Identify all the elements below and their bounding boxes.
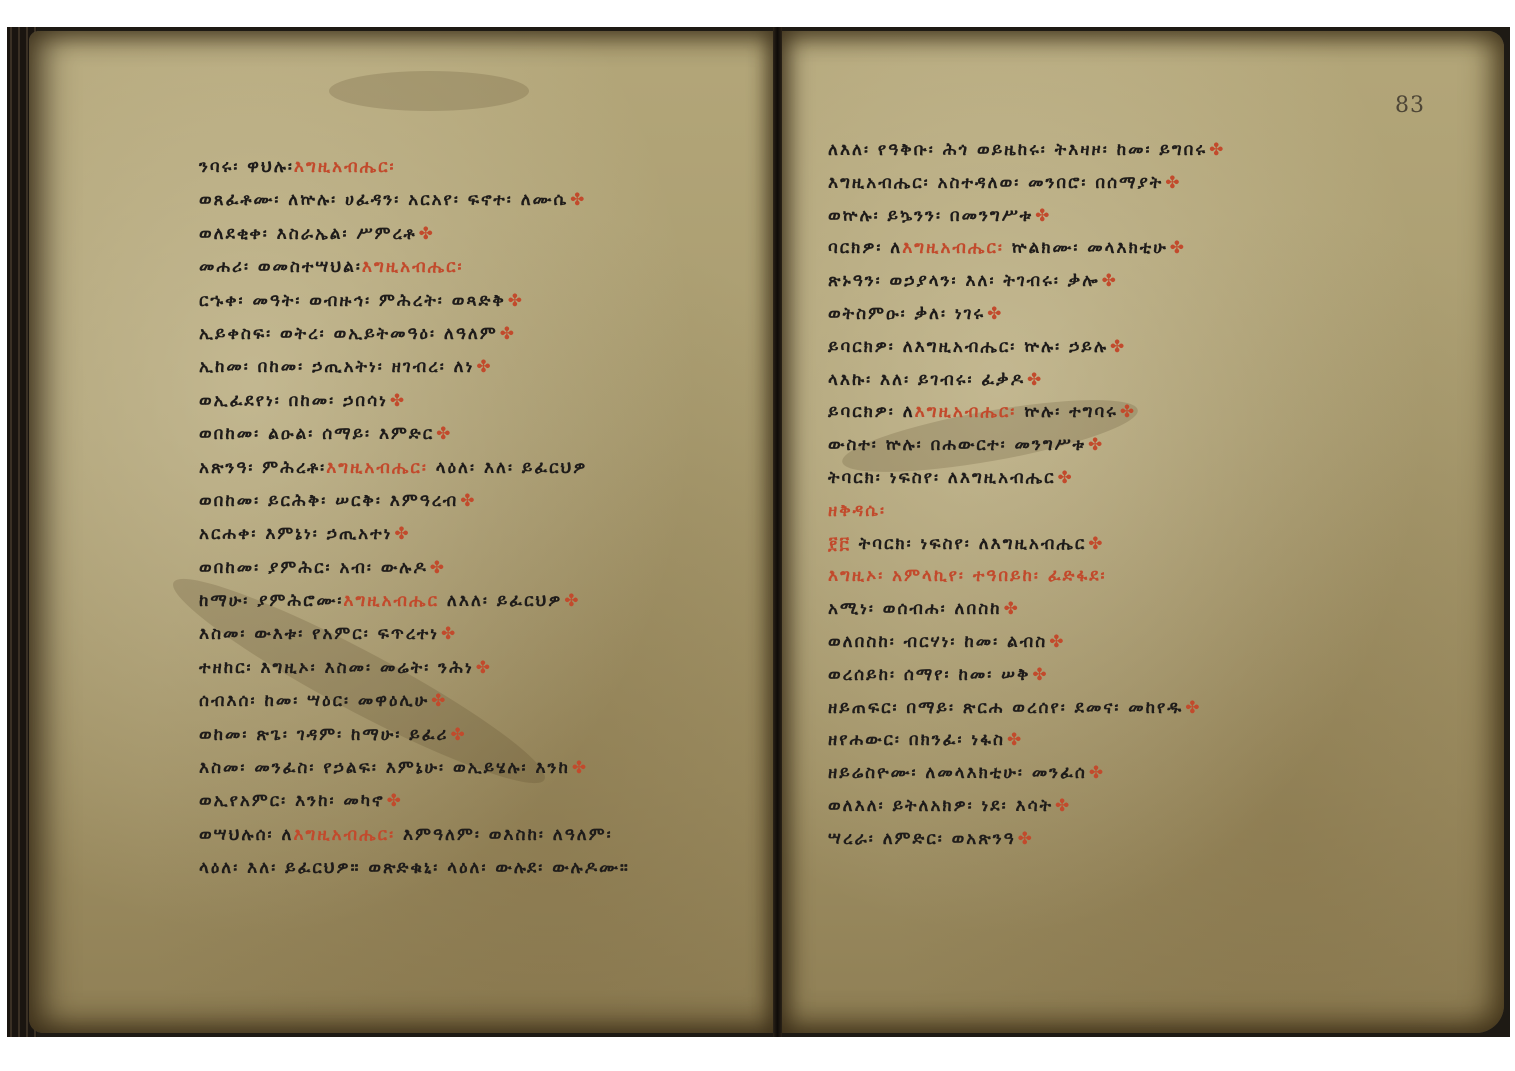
body-text: ላዕለ፡ እለ፡ ይፈርህዎ። ወጽድቁኒ፡ ላዕለ፡ ውሉደ፡ ውሉዶሙ።	[199, 858, 630, 878]
manuscript-line: ወበከመ፡ ያምሕር፡ አብ፡ ውሉዶ✤	[199, 552, 630, 585]
manuscript-line: ወለደቂቀ፡ እስራኤል፡ ሥምረቶ✤	[199, 218, 630, 251]
body-text: ወለደቂቀ፡ እስራኤል፡ ሥምረቶ	[199, 224, 417, 244]
rubric-text: እግዚአብሔር፡	[294, 157, 396, 177]
body-text: ሰብእሰ፡ ከመ፡ ሣዕር፡ መዋዕሊሁ	[199, 691, 429, 711]
body-text: ላእኩ፡ እለ፡ ይገብሩ፡ ፈቃዶ	[828, 370, 1025, 390]
body-text: ትባርክ፡ ነፍስየ፡ ለእግዚአብሔር	[859, 534, 1087, 554]
verse-divider-icon: ✤	[564, 591, 580, 611]
manuscript-line: መሐሪ፡ ወመስተሣህል፡እግዚአብሔር፡	[199, 251, 630, 284]
verse-divider-icon: ✤	[476, 658, 492, 678]
manuscript-line: እግዚአብሔር፡ አስተዳለወ፡ መንበሮ፡ በሰማያት✤	[828, 167, 1225, 200]
verse-divider-icon: ✤	[450, 725, 466, 745]
rubric-text: እግዚአብሔር	[343, 591, 439, 611]
verse-divider-icon: ✤	[1120, 402, 1136, 422]
manuscript-line: ወኵሉ፡ ይኴንን፡ በመንግሥቱ✤	[828, 200, 1225, 233]
manuscript-line: ዘቅዳሴ፡	[828, 495, 1225, 528]
verse-divider-icon: ✤	[1027, 370, 1043, 390]
manuscript-line: አርሐቀ፡ እምኔነ፡ ኃጢአተነ✤	[199, 518, 630, 551]
manuscript-line: ወኢየአምር፡ እንከ፡ መካኖ✤	[199, 785, 630, 818]
body-text: ለእለ፡ ይፈርህዎ	[439, 591, 562, 611]
left-page: ንባሩ፡ ዋህሉ፡እግዚአብሔር፡ወጸፈቶሙ፡ ለኵሉ፡ ሀፈዳን፡ አርአየ፡…	[29, 31, 774, 1033]
body-text: ወለእለ፡ ይትለአክዎ፡ ነደ፡ እሳት	[828, 796, 1053, 816]
body-text: ወበከመ፡ ልዑል፡ ሰማይ፡ እምድር	[199, 424, 434, 444]
body-text: ወሣህሉሰ፡ ለ	[199, 825, 293, 845]
body-text: ውስተ፡ ኵሉ፡ በሐውርተ፡ መንግሥቱ	[828, 435, 1086, 455]
body-text: ይባርክዎ፡ ለእግዚአብሔር፡ ኵሉ፡ ኃይሉ	[828, 337, 1108, 357]
body-text: እምዓለም፡ ወእስከ፡ ለዓለም፡	[395, 825, 613, 845]
gutter	[773, 27, 782, 1037]
verse-divider-icon: ✤	[500, 324, 516, 344]
rubric-text: እግዚአብሔር፡	[915, 402, 1017, 422]
body-text: ዘየሐውር፡ በክንፈ፡ ነፋስ	[828, 730, 1005, 750]
manuscript-line: እግዚኦ፡ አምላኪየ፡ ተዓበይከ፡ ፈድፋደ፡	[828, 560, 1225, 593]
rubric-text: እግዚአብሔር፡	[293, 825, 395, 845]
verse-divider-icon: ✤	[1032, 665, 1048, 685]
manuscript-line: ርኁቀ፡ መዓት፡ ወብዙኅ፡ ምሕረት፡ ወጻድቅ✤	[199, 285, 630, 318]
verse-divider-icon: ✤	[1209, 140, 1225, 160]
verse-divider-icon: ✤	[1058, 468, 1074, 488]
verse-divider-icon: ✤	[441, 624, 457, 644]
manuscript-line: ሰብእሰ፡ ከመ፡ ሣዕር፡ መዋዕሊሁ✤	[199, 685, 630, 718]
body-text: ባርክዎ፡ ለ	[828, 238, 902, 258]
body-text: ትባርክ፡ ነፍስየ፡ ለእግዚአብሔር	[828, 468, 1056, 488]
rubric-text: እግዚኦ፡ አምላኪየ፡ ተዓበይከ፡ ፈድፋደ፡	[828, 566, 1107, 586]
verse-divider-icon: ✤	[1102, 271, 1118, 291]
body-text: መሐሪ፡ ወመስተሣህል፡	[199, 257, 362, 277]
manuscript-line: ወትስምዑ፡ ቃለ፡ ነገሩ✤	[828, 298, 1225, 331]
body-text: ዘይጠፍር፡ በማይ፡ ጽርሐ ወረሰየ፡ ደመና፡ መከየዱ	[828, 698, 1183, 718]
verse-divider-icon: ✤	[1110, 337, 1126, 357]
verse-divider-icon: ✤	[1049, 632, 1065, 652]
body-text: ወኵሉ፡ ይኴንን፡ በመንግሥቱ	[828, 206, 1033, 226]
manuscript-line: ወለእለ፡ ይትለአክዎ፡ ነደ፡ እሳት✤	[828, 790, 1225, 823]
body-text: ወረሰይከ፡ ሰማየ፡ ከመ፡ ሠቅ	[828, 665, 1030, 685]
verse-divider-icon: ✤	[1035, 206, 1051, 226]
verse-divider-icon: ✤	[1018, 829, 1034, 849]
right-page: 83 ለእለ፡ የዓቅቡ፡ ሕጎ ወይዜከሩ፡ ትእዛዞ፡ ከመ፡ ይግበሩ✤እ…	[780, 31, 1504, 1033]
manuscript-line: ወለበስከ፡ ብርሃነ፡ ከመ፡ ልብስ✤	[828, 626, 1225, 659]
body-text: አርሐቀ፡ እምኔነ፡ ኃጢአተነ	[199, 524, 392, 544]
manuscript-line: ሣረራ፡ ለምድር፡ ወአጽንዓ✤	[828, 823, 1225, 856]
body-text: አጽንዓ፡ ምሕረቶ፡	[199, 458, 326, 478]
verse-divider-icon: ✤	[387, 791, 403, 811]
manuscript-line: ይባርክዎ፡ ለእግዚአብሔር፡ ኵሉ፡ ኃይሉ✤	[828, 331, 1225, 364]
manuscript-line: ወከመ፡ ጽጌ፡ ገዳም፡ ከማሁ፡ ይፈሪ✤	[199, 719, 630, 752]
body-text: ኢከመ፡ በከመ፡ ኃጢአትነ፡ ዘገብረ፡ ለነ	[199, 357, 474, 377]
body-text: ለእለ፡ የዓቅቡ፡ ሕጎ ወይዜከሩ፡ ትእዛዞ፡ ከመ፡ ይግበሩ	[828, 140, 1207, 160]
verse-divider-icon: ✤	[476, 357, 492, 377]
manuscript-line: ዘይጠፍር፡ በማይ፡ ጽርሐ ወረሰየ፡ ደመና፡ መከየዱ✤	[828, 692, 1225, 725]
manuscript-line: ተዘከር፡ እግዚኦ፡ እስመ፡ መሬት፡ ንሕነ✤	[199, 652, 630, 685]
manuscript-line: ኢይቀስፍ፡ ወትረ፡ ወኢይትመዓዕ፡ ለዓለም✤	[199, 318, 630, 351]
verse-divider-icon: ✤	[394, 524, 410, 544]
manuscript-line: ላእኩ፡ እለ፡ ይገብሩ፡ ፈቃዶ✤	[828, 364, 1225, 397]
manuscript-line: ወበከመ፡ ልዑል፡ ሰማይ፡ እምድር✤	[199, 418, 630, 451]
body-text: ወለበስከ፡ ብርሃነ፡ ከመ፡ ልብስ	[828, 632, 1047, 652]
manuscript-line: እስመ፡ ውእቱ፡ የአምር፡ ፍጥረተነ✤	[199, 618, 630, 651]
body-text: ንባሩ፡ ዋህሉ፡	[199, 157, 294, 177]
body-text: ወትስምዑ፡ ቃለ፡ ነገሩ	[828, 304, 985, 324]
stain	[329, 71, 529, 111]
verse-divider-icon: ✤	[431, 691, 447, 711]
body-text: ወበከመ፡ ይርሕቅ፡ ሠርቅ፡ እምዓረብ	[199, 491, 458, 511]
right-text-column: ለእለ፡ የዓቅቡ፡ ሕጎ ወይዜከሩ፡ ትእዛዞ፡ ከመ፡ ይግበሩ✤እግዚአ…	[828, 134, 1225, 856]
manuscript-line: ባርክዎ፡ ለእግዚአብሔር፡ ኵልክሙ፡ መላእክቲሁ✤	[828, 232, 1225, 265]
manuscript-line: ዘየሐውር፡ በክንፈ፡ ነፋስ✤	[828, 724, 1225, 757]
manuscript-line: ዘይሬስዮሙ፡ ለመላእክቲሁ፡ መንፈሰ✤	[828, 757, 1225, 790]
manuscript-line: ወበከመ፡ ይርሕቅ፡ ሠርቅ፡ እምዓረብ✤	[199, 485, 630, 518]
manuscript-line: ትባርክ፡ ነፍስየ፡ ለእግዚአብሔር✤	[828, 462, 1225, 495]
body-text: ወኢየአምር፡ እንከ፡ መካኖ	[199, 791, 385, 811]
body-text: ሣረራ፡ ለምድር፡ ወአጽንዓ	[828, 829, 1016, 849]
manuscript-line: ወረሰይከ፡ ሰማየ፡ ከመ፡ ሠቅ✤	[828, 659, 1225, 692]
rubric-text: እግዚአብሔር፡	[326, 458, 428, 478]
verse-divider-icon: ✤	[1088, 534, 1104, 554]
verse-divider-icon: ✤	[1007, 730, 1023, 750]
verse-divider-icon: ✤	[390, 391, 406, 411]
body-text: ኵልክሙ፡ መላእክቲሁ	[1004, 238, 1168, 258]
rubric-text: ዘቅዳሴ፡	[828, 501, 886, 521]
verse-divider-icon: ✤	[1185, 698, 1201, 718]
body-text: አሚነ፡ ወሰብሐ፡ ለበስከ	[828, 599, 1002, 619]
verse-divider-icon: ✤	[1165, 173, 1181, 193]
verse-divider-icon: ✤	[436, 424, 452, 444]
body-text: ጽኑዓን፡ ወኃያላን፡ እለ፡ ትገብሩ፡ ቃሎ	[828, 271, 1100, 291]
verse-divider-icon: ✤	[987, 304, 1003, 324]
body-text: ወበከመ፡ ያምሕር፡ አብ፡ ውሉዶ	[199, 558, 428, 578]
manuscript-line: ወኢፈደየነ፡ በከመ፡ ኃበሳነ✤	[199, 385, 630, 418]
verse-divider-icon: ✤	[419, 224, 435, 244]
rubric-text: ፻፫	[828, 534, 859, 554]
body-text: እግዚአብሔር፡ አስተዳለወ፡ መንበሮ፡ በሰማያት	[828, 173, 1163, 193]
verse-divider-icon: ✤	[570, 190, 586, 210]
body-text: ወከመ፡ ጽጌ፡ ገዳም፡ ከማሁ፡ ይፈሪ	[199, 725, 448, 745]
body-text: ዘይሬስዮሙ፡ ለመላእክቲሁ፡ መንፈሰ	[828, 763, 1087, 783]
verse-divider-icon: ✤	[1055, 796, 1071, 816]
body-text: ኵሉ፡ ተግባሩ	[1016, 402, 1118, 422]
verse-divider-icon: ✤	[508, 291, 524, 311]
left-text-column: ንባሩ፡ ዋህሉ፡እግዚአብሔር፡ወጸፈቶሙ፡ ለኵሉ፡ ሀፈዳን፡ አርአየ፡…	[199, 151, 630, 886]
rubric-text: እግዚአብሔር፡	[902, 238, 1004, 258]
manuscript-line: ንባሩ፡ ዋህሉ፡እግዚአብሔር፡	[199, 151, 630, 184]
body-text: ከማሁ፡ ያምሕሮሙ፡	[199, 591, 343, 611]
manuscript-line: አጽንዓ፡ ምሕረቶ፡እግዚአብሔር፡ ላዕለ፡ እለ፡ ይፈርህዎ	[199, 452, 630, 485]
body-text: ተዘከር፡ እግዚኦ፡ እስመ፡ መሬት፡ ንሕነ	[199, 658, 474, 678]
manuscript-line: ውስተ፡ ኵሉ፡ በሐውርተ፡ መንግሥቱ✤	[828, 429, 1225, 462]
manuscript-line: ወጸፈቶሙ፡ ለኵሉ፡ ሀፈዳን፡ አርአየ፡ ፍኖተ፡ ለሙሴ✤	[199, 184, 630, 217]
manuscript-line: ወሣህሉሰ፡ ለእግዚአብሔር፡ እምዓለም፡ ወእስከ፡ ለዓለም፡	[199, 819, 630, 852]
verse-divider-icon: ✤	[430, 558, 446, 578]
manuscript-line: ፻፫ ትባርክ፡ ነፍስየ፡ ለእግዚአብሔር✤	[828, 528, 1225, 561]
folio-number: 83	[1395, 93, 1425, 118]
body-text: እስመ፡ ውእቱ፡ የአምር፡ ፍጥረተነ	[199, 624, 439, 644]
body-text: ወኢፈደየነ፡ በከመ፡ ኃበሳነ	[199, 391, 388, 411]
verse-divider-icon: ✤	[572, 758, 588, 778]
body-text: ርኁቀ፡ መዓት፡ ወብዙኅ፡ ምሕረት፡ ወጻድቅ	[199, 291, 506, 311]
manuscript-line: ላዕለ፡ እለ፡ ይፈርህዎ። ወጽድቁኒ፡ ላዕለ፡ ውሉደ፡ ውሉዶሙ።	[199, 852, 630, 885]
manuscript-line: ለእለ፡ የዓቅቡ፡ ሕጎ ወይዜከሩ፡ ትእዛዞ፡ ከመ፡ ይግበሩ✤	[828, 134, 1225, 167]
body-text: እስመ፡ መንፈስ፡ የኃልፍ፡ እምኔሁ፡ ወኢይሄሉ፡ እንከ	[199, 758, 570, 778]
body-text: ይባርክዎ፡ ለ	[828, 402, 915, 422]
body-text: ወጸፈቶሙ፡ ለኵሉ፡ ሀፈዳን፡ አርአየ፡ ፍኖተ፡ ለሙሴ	[199, 190, 568, 210]
manuscript-line: ይባርክዎ፡ ለእግዚአብሔር፡ ኵሉ፡ ተግባሩ✤	[828, 396, 1225, 429]
manuscript-line: ከማሁ፡ ያምሕሮሙ፡እግዚአብሔር ለእለ፡ ይፈርህዎ✤	[199, 585, 630, 618]
manuscript-line: እስመ፡ መንፈስ፡ የኃልፍ፡ እምኔሁ፡ ወኢይሄሉ፡ እንከ✤	[199, 752, 630, 785]
verse-divider-icon: ✤	[460, 491, 476, 511]
verse-divider-icon: ✤	[1170, 238, 1186, 258]
verse-divider-icon: ✤	[1088, 435, 1104, 455]
manuscript-scan: ንባሩ፡ ዋህሉ፡እግዚአብሔር፡ወጸፈቶሙ፡ ለኵሉ፡ ሀፈዳን፡ አርአየ፡…	[7, 27, 1510, 1037]
verse-divider-icon: ✤	[1089, 763, 1105, 783]
body-text: ላዕለ፡ እለ፡ ይፈርህዎ	[428, 458, 587, 478]
rubric-text: እግዚአብሔር፡	[362, 257, 464, 277]
manuscript-line: አሚነ፡ ወሰብሐ፡ ለበስከ✤	[828, 593, 1225, 626]
manuscript-line: ጽኑዓን፡ ወኃያላን፡ እለ፡ ትገብሩ፡ ቃሎ✤	[828, 265, 1225, 298]
body-text: ኢይቀስፍ፡ ወትረ፡ ወኢይትመዓዕ፡ ለዓለም	[199, 324, 498, 344]
manuscript-line: ኢከመ፡ በከመ፡ ኃጢአትነ፡ ዘገብረ፡ ለነ✤	[199, 351, 630, 384]
verse-divider-icon: ✤	[1004, 599, 1020, 619]
